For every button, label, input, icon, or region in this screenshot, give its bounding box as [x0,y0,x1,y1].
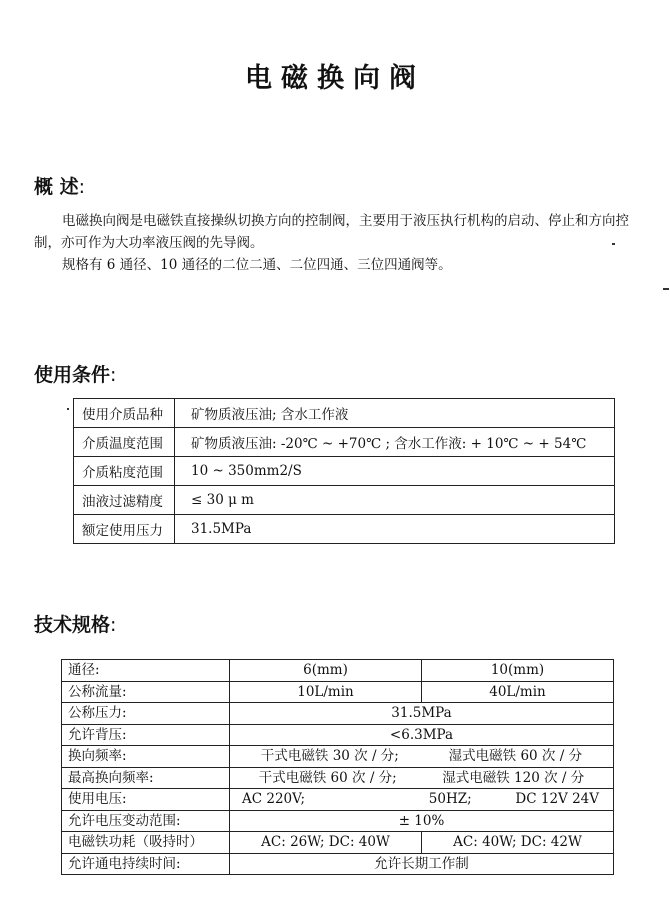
overview-paragraph-2: 规格有 6 通径、10 通径的二位二通、二位四通、三位四通阀等。 [34,254,634,276]
dry-solenoid-value: 干式电磁铁 30 次 / 分; [261,747,399,765]
condition-label: 介质粘度范围 [74,457,175,486]
spec-label: 换向频率: [62,746,230,768]
spec-value: AC: 40W; DC: 42W [422,832,614,854]
specs-heading-colon: : [110,614,116,636]
table-row: 介质温度范围 矿物质液压油: -20℃ ~ +70℃ ; 含水工作液: + 10… [74,428,615,457]
dc-voltage-value: DC 12V 24V [515,790,599,808]
spec-value-split: 干式电磁铁 60 次 / 分; 湿式电磁铁 120 次 / 分 [236,769,607,787]
spec-value: 10L/min [230,681,422,703]
spec-label: 允许通电持续时间: [62,853,230,875]
condition-label: 额定使用压力 [74,515,175,544]
table-row: 电磁铁功耗（吸持时） AC: 26W; DC: 40W AC: 40W; DC:… [62,832,614,854]
table-row: 使用电压: AC 220V; 50HZ; DC 12V 24V [62,789,614,811]
frequency-value: 50HZ; [429,790,472,808]
spec-value-split: AC 220V; 50HZ; DC 12V 24V [236,790,607,808]
dry-solenoid-value: 干式电磁铁 60 次 / 分; [259,769,397,787]
spec-label: 使用电压: [62,789,230,811]
ac-voltage-value: AC 220V; [242,790,305,808]
table-row: 介质粘度范围 10 ~ 350mm2/S [74,457,615,486]
spec-value: 干式电磁铁 60 次 / 分; 湿式电磁铁 120 次 / 分 [230,767,614,789]
table-row: 公称压力: 31.5MPa [62,703,614,725]
spec-value: ± 10% [230,810,614,832]
spec-label: 最高换向频率: [62,767,230,789]
condition-value: 矿物质液压油: -20℃ ~ +70℃ ; 含水工作液: + 10℃ ~ + 5… [175,428,615,457]
specs-heading-text: 技术规格 [34,614,110,636]
specs-table: 通径: 6(mm) 10(mm) 公称流量: 10L/min 40L/min 公… [61,659,614,875]
spec-value: 10(mm) [422,660,614,682]
wet-solenoid-value: 湿式电磁铁 60 次 / 分 [449,747,582,765]
spec-value: 6(mm) [230,660,422,682]
scan-speck [67,408,69,410]
condition-label: 介质温度范围 [74,428,175,457]
spec-value: 40L/min [422,681,614,703]
table-row: 允许电压变动范围: ± 10% [62,810,614,832]
table-row: 允许背压: <6.3MPa [62,724,614,746]
conditions-heading-colon: : [110,364,116,386]
wet-solenoid-value: 湿式电磁铁 120 次 / 分 [442,769,584,787]
spec-label: 公称压力: [62,703,230,725]
table-row: 换向频率: 干式电磁铁 30 次 / 分; 湿式电磁铁 60 次 / 分 [62,746,614,768]
document-title: 电磁换向阀 [0,56,670,95]
conditions-heading-text: 使用条件 [34,364,110,386]
condition-label: 使用介质品种 [74,399,175,428]
conditions-heading: 使用条件: [34,360,116,387]
scan-speck [612,243,615,245]
overview-body: 电磁换向阀是电磁铁直接操纵切换方向的控制阀，主要用于液压执行机构的启动、停止和方… [34,210,634,276]
overview-paragraph-1: 电磁换向阀是电磁铁直接操纵切换方向的控制阀，主要用于液压执行机构的启动、停止和方… [34,210,634,254]
table-row: 公称流量: 10L/min 40L/min [62,681,614,703]
overview-heading: 概 述: [34,172,85,199]
spec-label: 允许背压: [62,724,230,746]
condition-value: ≤ 30 μ m [175,486,615,515]
table-row: 额定使用压力 31.5MPa [74,515,615,544]
spec-label: 公称流量: [62,681,230,703]
table-row: 油液过滤精度 ≤ 30 μ m [74,486,615,515]
spec-label: 允许电压变动范围: [62,810,230,832]
spec-value: 允许长期工作制 [230,853,614,875]
specs-heading: 技术规格: [34,610,116,637]
spec-label: 通径: [62,660,230,682]
condition-value: 31.5MPa [175,515,615,544]
overview-heading-colon: : [79,176,85,198]
table-row: 通径: 6(mm) 10(mm) [62,660,614,682]
spec-value: AC 220V; 50HZ; DC 12V 24V [230,789,614,811]
table-row: 允许通电持续时间: 允许长期工作制 [62,853,614,875]
overview-heading-text: 概 述 [34,176,79,198]
condition-label: 油液过滤精度 [74,486,175,515]
spec-value: 31.5MPa [230,703,614,725]
table-row: 使用介质品种 矿物质液压油; 含水工作液 [74,399,615,428]
scan-speck [663,288,669,290]
table-row: 最高换向频率: 干式电磁铁 60 次 / 分; 湿式电磁铁 120 次 / 分 [62,767,614,789]
spec-value: AC: 26W; DC: 40W [230,832,422,854]
condition-value: 10 ~ 350mm2/S [175,457,615,486]
condition-value: 矿物质液压油; 含水工作液 [175,399,615,428]
spec-value-split: 干式电磁铁 30 次 / 分; 湿式电磁铁 60 次 / 分 [236,747,607,765]
spec-label: 电磁铁功耗（吸持时） [62,832,230,854]
spec-value: 干式电磁铁 30 次 / 分; 湿式电磁铁 60 次 / 分 [230,746,614,768]
spec-value: <6.3MPa [230,724,614,746]
conditions-table: 使用介质品种 矿物质液压油; 含水工作液 介质温度范围 矿物质液压油: -20℃… [73,398,615,544]
